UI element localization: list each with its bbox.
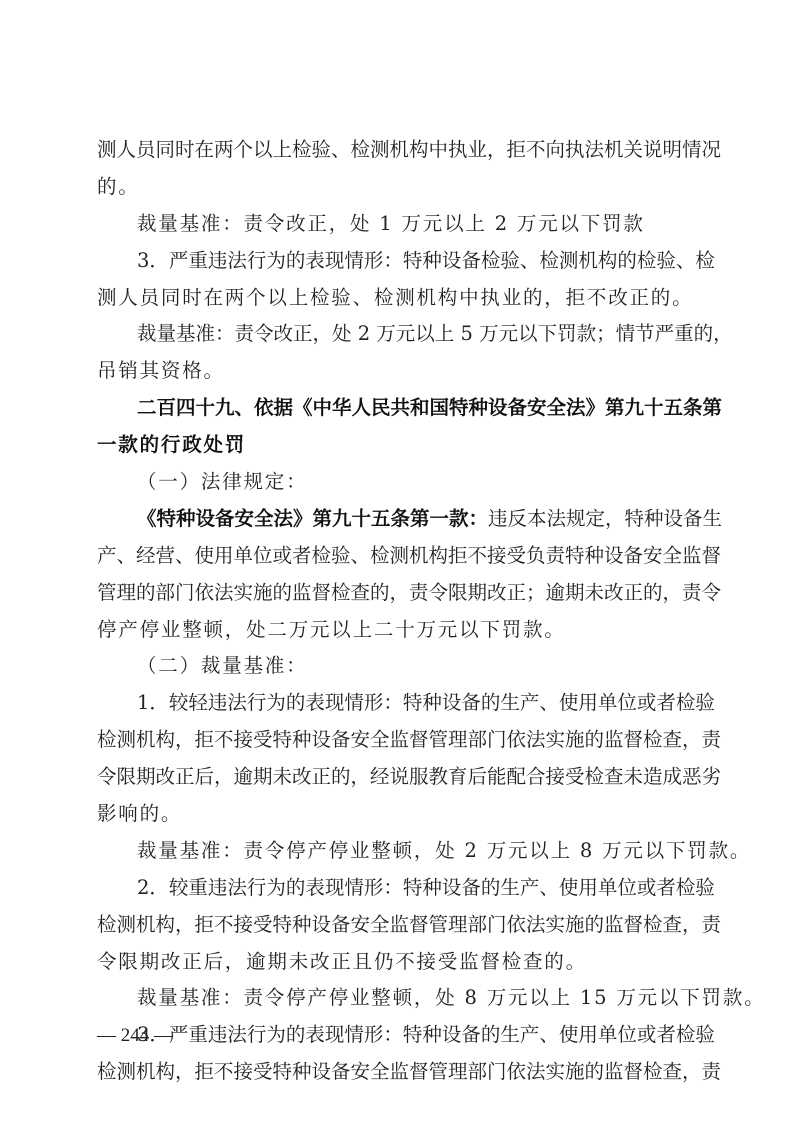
text-line: 3．严重违法行为的表现情形：特种设备检验、检测机构的检验、检 — [97, 243, 694, 280]
text-line: 测人员同时在两个以上检验、检测机构中执业，拒不向执法机关说明情况 — [97, 132, 694, 169]
item-line: 1．较轻违法行为的表现情形：特种设备的生产、使用单位或者检验 — [97, 685, 694, 722]
item-line: 检测机构，拒不接受特种设备安全监督管理部门依法实施的监督检查，责 — [97, 1054, 694, 1091]
item-line: 影响的。 — [97, 796, 694, 833]
item-line: 令限期改正后，逾期未改正的，经说服教育后能配合接受检查未造成恶劣 — [97, 759, 694, 796]
document-page: 测人员同时在两个以上检验、检测机构中执业，拒不向执法机关说明情况 的。 裁量基准… — [97, 132, 694, 1091]
discretion-standard: 裁量基准：责令停产停业整顿，处 8 万元以上 15 万元以下罚款。 — [97, 980, 694, 1017]
item-line: 令限期改正后，逾期未改正且仍不接受监督检查的。 — [97, 944, 694, 981]
section-heading: 二百四十九、依据《中华人民共和国特种设备安全法》第九十五条第 — [97, 390, 694, 427]
discretion-standard: 裁量基准：责令改正，处 1 万元以上 2 万元以下罚款 — [97, 206, 694, 243]
law-article-label: 《特种设备安全法》第九十五条第一款： — [137, 507, 488, 530]
text-line: 的。 — [97, 169, 694, 206]
discretion-standard: 裁量基准：责令改正，处 2 万元以上 5 万元以下罚款；情节严重的， — [97, 316, 694, 353]
law-article-line: 停产停业整顿，处二万元以上二十万元以下罚款。 — [97, 612, 694, 649]
section-heading-cont: 一款的行政处罚 — [97, 427, 694, 464]
law-article-line: 产、经营、使用单位或者检验、检测机构拒不接受负责特种设备安全监督 — [97, 538, 694, 575]
law-article-text: 违反本法规定，特种设备生 — [488, 507, 722, 530]
item-line: 检测机构，拒不接受特种设备安全监督管理部门依法实施的监督检查，责 — [97, 907, 694, 944]
subheading-discretion: （二）裁量基准： — [97, 648, 694, 685]
law-article-line: 管理的部门依法实施的监督检查的，责令限期改正；逾期未改正的，责令 — [97, 575, 694, 612]
text-line: 吊销其资格。 — [97, 353, 694, 390]
subheading-legal-provision: （一）法律规定： — [97, 464, 694, 501]
item-line: 2．较重违法行为的表现情形：特种设备的生产、使用单位或者检验 — [97, 870, 694, 907]
item-line: 检测机构，拒不接受特种设备安全监督管理部门依法实施的监督检查，责 — [97, 722, 694, 759]
text-line: 测人员同时在两个以上检验、检测机构中执业的，拒不改正的。 — [97, 280, 694, 317]
item-line: 3．严重违法行为的表现情形：特种设备的生产、使用单位或者检验 — [97, 1017, 694, 1054]
discretion-standard: 裁量基准：责令停产停业整顿，处 2 万元以上 8 万元以下罚款。 — [97, 833, 694, 870]
page-number: — 244 — — [97, 1025, 173, 1047]
law-article-line: 《特种设备安全法》第九十五条第一款：违反本法规定，特种设备生 — [97, 501, 694, 538]
